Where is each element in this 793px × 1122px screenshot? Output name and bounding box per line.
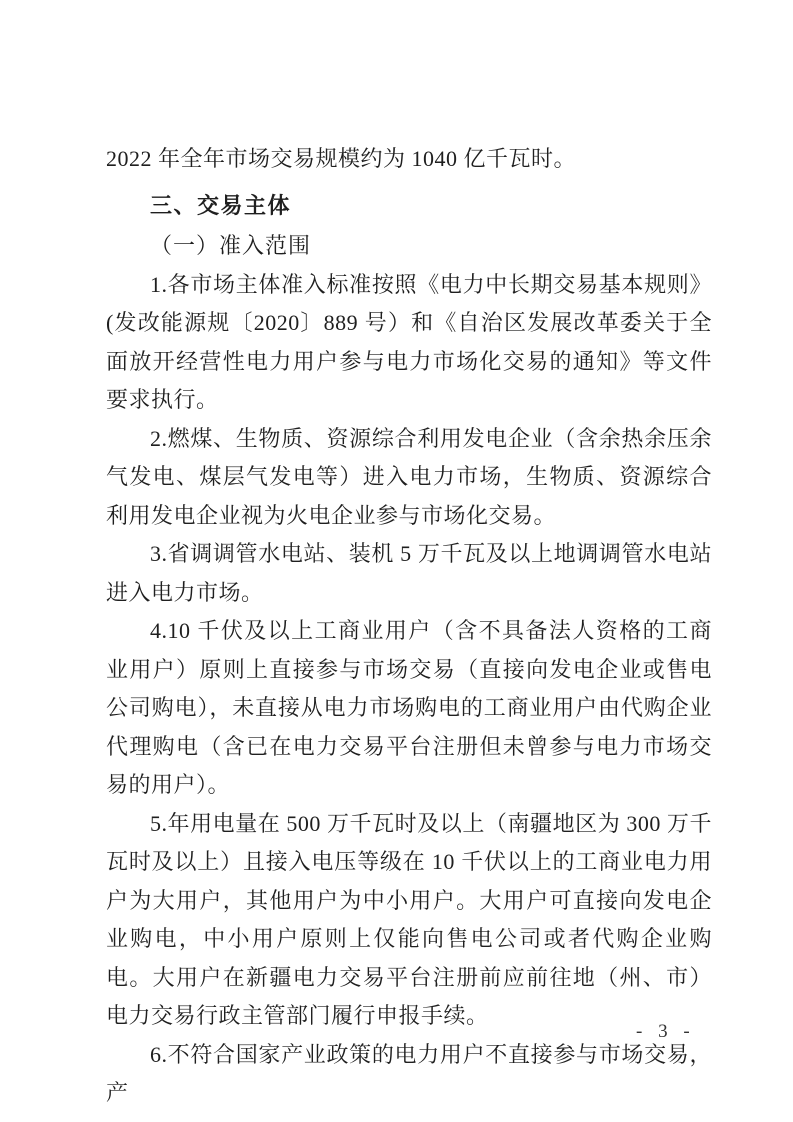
paragraph-item-5: 5.年用电量在 500 万千瓦时及以上（南疆地区为 300 万千瓦时及以上）且接… [106,805,712,1036]
paragraph-item-3: 3.省调调管水电站、装机 5 万千瓦及以上地调调管水电站进入电力市场。 [106,535,712,612]
paragraph-item-4: 4.10 千伏及以上工商业用户（含不具备法人资格的工商业用户）原则上直接参与市场… [106,612,712,805]
paragraph-item-1: 1.各市场主体准入标准按照《电力中长期交易基本规则》(发改能源规〔2020〕88… [106,266,712,420]
paragraph-item-2: 2.燃煤、生物质、资源综合利用发电企业（含余热余压余气发电、煤层气发电等）进入电… [106,420,712,536]
document-page: 2022 年全年市场交易规模约为 1040 亿千瓦时。 三、交易主体 （一）准入… [0,0,793,1122]
page-number: - 3 - [636,1020,691,1044]
section-heading: 三、交易主体 [106,187,712,226]
subsection-heading: （一）准入范围 [106,227,712,266]
document-body: 2022 年全年市场交易规模约为 1040 亿千瓦时。 三、交易主体 （一）准入… [106,140,712,1113]
paragraph-item-6: 6.不符合国家产业政策的电力用户不直接参与市场交易，产 [106,1036,712,1113]
paragraph-continuation: 2022 年全年市场交易规模约为 1040 亿千瓦时。 [106,140,712,179]
